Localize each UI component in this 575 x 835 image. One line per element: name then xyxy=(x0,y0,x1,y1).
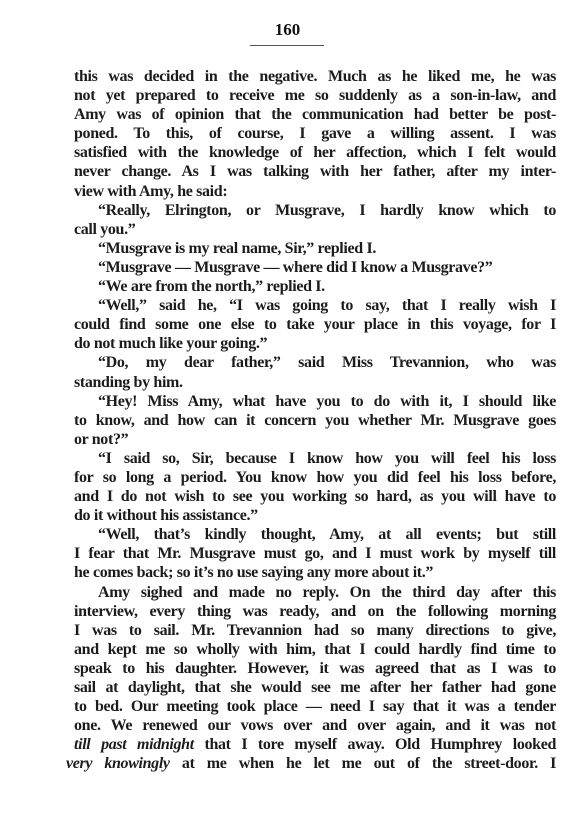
page-number: 160 xyxy=(0,20,575,40)
text-line: “I said so, Sir, because I know how you … xyxy=(74,449,556,468)
text-line: this was decided in the negative. Much a… xyxy=(74,67,556,86)
italic-phrase: very knowingly xyxy=(66,755,170,772)
text-line: and I do not wish to see you working so … xyxy=(74,487,556,506)
text-line: “Well,” said he, “I was going to say, th… xyxy=(74,296,556,315)
text-line: never change. As I was talking with her … xyxy=(74,162,556,181)
text-line: satisfied with the knowledge of her affe… xyxy=(74,143,556,162)
text-run: that I tore myself away. Old Humphrey lo… xyxy=(194,736,556,753)
text-line: do not much like your going.” xyxy=(74,334,556,353)
text-line: could find some one else to take your pl… xyxy=(74,315,556,334)
text-line: “Do, my dear father,” said Miss Trevanni… xyxy=(74,353,556,372)
text-line: “Musgrave — Musgrave — where did I know … xyxy=(74,258,556,277)
text-line: “Well, that’s kindly thought, Amy, at al… xyxy=(74,525,556,544)
text-line: “Hey! Miss Amy, what have you to do with… xyxy=(74,392,556,411)
text-line: very knowingly at me when he let me out … xyxy=(66,754,556,773)
text-line: poned. To this, of course, I gave a will… xyxy=(74,124,556,143)
text-line: to know, and how can it concern you whet… xyxy=(74,411,556,430)
text-line: interview, every thing was ready, and on… xyxy=(74,602,556,621)
text-line: one. We renewed our vows over and over a… xyxy=(74,716,556,735)
text-line: I fear that Mr. Musgrave must go, and I … xyxy=(74,544,556,563)
text-line: “Musgrave is my real name, Sir,” replied… xyxy=(74,239,556,258)
text-line: Amy sighed and made no reply. On the thi… xyxy=(74,583,556,602)
book-page: 160 this was decided in the negative. Mu… xyxy=(0,0,575,835)
text-line: call you.” xyxy=(74,220,556,239)
text-line: or not?” xyxy=(74,430,556,449)
text-line: “We are from the north,” replied I. xyxy=(74,277,556,296)
text-line: speak to his daughter. However, it was a… xyxy=(74,659,556,678)
text-run: at me when he let me out of the street-d… xyxy=(170,755,556,772)
text-line: “Really, Elrington, or Musgrave, I hardl… xyxy=(74,201,556,220)
text-line: he comes back; so it’s no use saying any… xyxy=(74,563,556,582)
text-line: I was to sail. Mr. Trevannion had so man… xyxy=(74,621,556,640)
text-line: sail at daylight, that she would see me … xyxy=(74,678,556,697)
text-line: not yet prepared to receive me so sudden… xyxy=(74,86,556,105)
italic-phrase: till past midnight xyxy=(74,736,194,753)
body-text: this was decided in the negative. Much a… xyxy=(74,67,556,773)
text-line: for so long a period. You know how you d… xyxy=(74,468,556,487)
text-line: to bed. Our meeting took place — need I … xyxy=(74,697,556,716)
text-line: standing by him. xyxy=(74,373,556,392)
text-line: view with Amy, he said: xyxy=(74,182,556,201)
text-line: do it without his assistance.” xyxy=(74,506,556,525)
header-rule xyxy=(250,45,324,46)
text-line: and kept me so wholly with him, that I c… xyxy=(74,640,556,659)
text-line: till past midnight that I tore myself aw… xyxy=(74,735,556,754)
text-line: Amy was of opinion that the communicatio… xyxy=(74,105,556,124)
